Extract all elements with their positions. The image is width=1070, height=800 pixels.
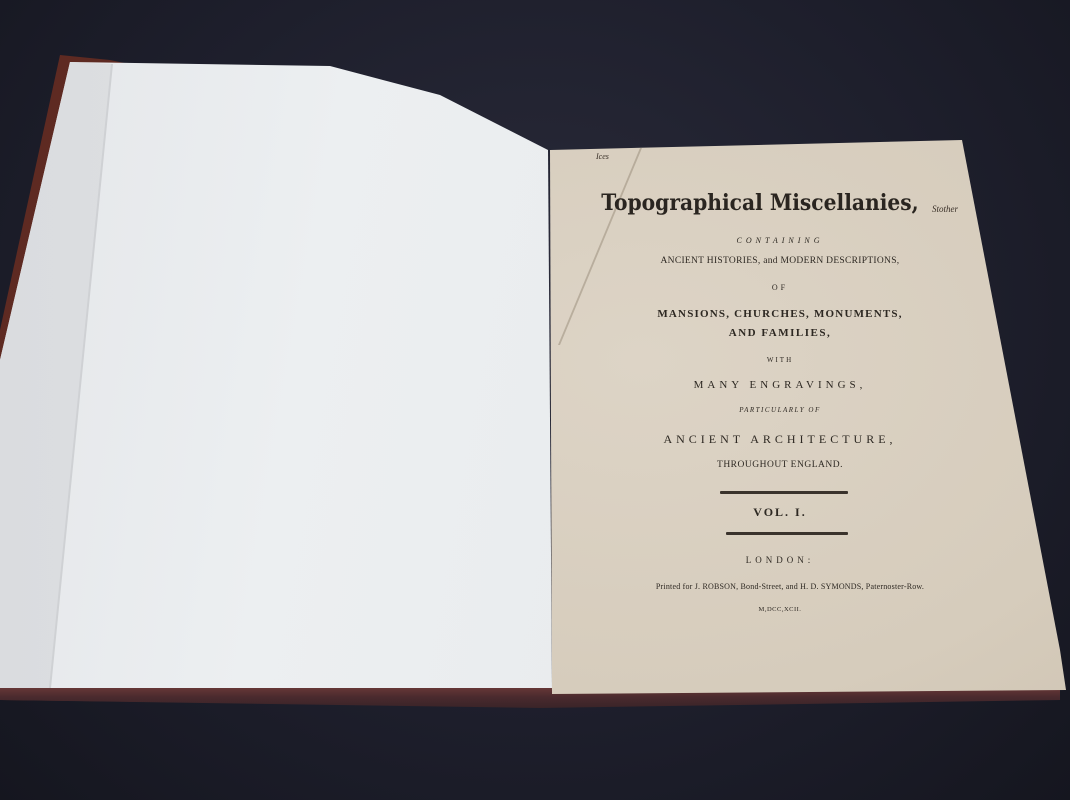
subtitle-particularly: PARTICULARLY OF	[550, 406, 1010, 414]
volume-label: VOL. I.	[550, 505, 1010, 520]
subtitle-mansions: MANSIONS, CHURCHES, MONUMENTS,	[550, 308, 1010, 320]
handwritten-annotation-top: Ices	[596, 152, 609, 161]
subtitle-england: THROUGHOUT ENGLAND.	[550, 460, 1010, 470]
book-title: Topographical Miscellanies,	[576, 190, 944, 216]
subtitle-families: AND FAMILIES,	[550, 327, 1010, 339]
subtitle-histories: ANCIENT HISTORIES, and MODERN DESCRIPTIO…	[550, 256, 1010, 266]
subtitle-containing: CONTAINING	[550, 236, 1010, 245]
subtitle-of: OF	[550, 283, 1010, 292]
book-photo: Ices Topographical Miscellanies, Stother…	[0, 0, 1070, 800]
subtitle-engravings: MANY ENGRAVINGS,	[550, 379, 1010, 391]
imprint-printer: Printed for J. ROBSON, Bond-Street, and …	[600, 582, 980, 591]
handwritten-annotation-right: Stother	[932, 204, 958, 214]
divider-rule-bottom	[726, 532, 848, 535]
imprint-place: LONDON:	[550, 555, 1010, 565]
divider-rule-top	[720, 491, 848, 494]
subtitle-with: WITH	[550, 356, 1010, 364]
subtitle-architecture: ANCIENT ARCHITECTURE,	[550, 432, 1010, 447]
imprint-date: M,DCC,XCII.	[550, 606, 1010, 613]
